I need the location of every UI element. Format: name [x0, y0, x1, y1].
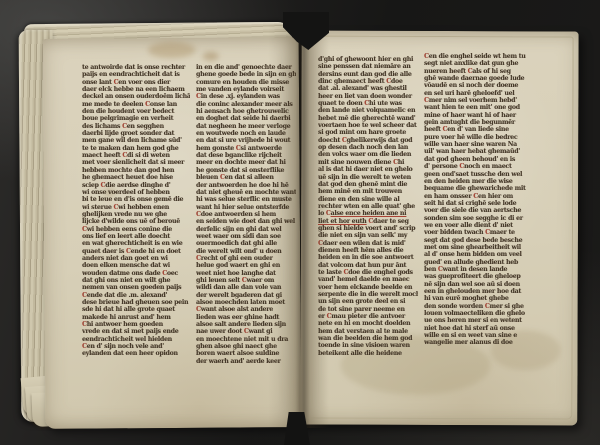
text-run: doe die enghel gods — [348, 269, 413, 276]
text-run: ghene goede bede in sijn en ghe — [196, 71, 296, 78]
text-run: nete en hi en mocht doelden — [318, 320, 410, 327]
text-run: ons lief en leert alle doecht — [82, 233, 170, 240]
text-run: dat .al. alexand' was ghestil — [318, 85, 407, 92]
text-line: beteikent alle die heidene — [318, 350, 418, 357]
text-line: wille en si en weet van sine e — [424, 332, 526, 339]
text-line: wille van haer sine waren Na — [424, 141, 526, 148]
text-line: Cdoe antwoerden si hem — [196, 211, 296, 218]
text-run: daer een wilen dat is mid' — [323, 240, 406, 247]
text-line: wildi dan alle dan vole van — [196, 284, 296, 291]
text-run: men gane wil den lichame sūd' — [82, 137, 182, 144]
text-run: waer om — [246, 277, 274, 284]
text-line: Chi antwoer hem goeden — [82, 321, 190, 328]
text-run: hi aensach hoe ghetrouwelic — [196, 108, 289, 115]
text-line: en moechtene niet mit u dra — [196, 336, 296, 343]
text-run: den die houdent voer bedect — [82, 108, 174, 115]
text-run: quaet daer is — [82, 248, 126, 255]
left-page-text-column-1: te antwoirde dat is onse rechterpaijs en… — [82, 64, 190, 358]
parchment-stain — [203, 52, 219, 61]
text-line: he gonste dat si onsterflike — [196, 167, 296, 174]
text-line: dat god gheen behoud' en is — [424, 156, 526, 163]
text-line: lo Calse ence heiden ane ni — [318, 210, 418, 217]
text-run: helue god waert en ghi en — [196, 262, 280, 269]
text-line: nueren heeft Cals of hi seg — [424, 68, 526, 75]
text-run: doe — [391, 78, 403, 85]
text-line: paijs en eendrachticheit dat is — [82, 71, 190, 78]
text-run: dienen heeft hēm alles die — [318, 247, 403, 254]
text-run: en voer ons dier — [118, 79, 170, 86]
text-run: boue pelgrimagie en verheit — [82, 115, 173, 122]
text-run: heer en liet van doen wonder — [318, 93, 412, 100]
text-run: segt dat god dese bede besche — [424, 237, 522, 244]
text-run: den lande niet volquamelic en — [318, 107, 415, 114]
text-line: alsoe salt andere lieden sijn — [196, 321, 296, 328]
text-line: want hi hier selue ontsterfde — [196, 204, 296, 211]
text-line: heiden en in die soe antwoert — [318, 254, 418, 261]
text-run: en dat si ure vrijhede bi wout — [196, 137, 290, 144]
text-line: ghen si hielde voert and' scrip — [318, 225, 418, 232]
text-line: nemen van onsen goeden paijs — [82, 284, 190, 291]
text-line: dat dese bganclike rijcheit — [196, 152, 296, 159]
text-run: d'ghi of ghewoont hier en ghi — [318, 56, 413, 63]
text-run: heiden en in die soe antwoert — [318, 254, 413, 261]
text-run: si god mint om hare groete — [318, 129, 406, 136]
text-run: niet hoe dat hi sterf aū onse — [424, 325, 515, 332]
text-run: der werelt bgaderen dat gi — [196, 292, 282, 299]
text-run: hebet mē die gherechtē wand' — [318, 115, 415, 122]
text-run: maect heeft — [82, 152, 122, 159]
text-run: onse lant — [82, 79, 114, 86]
text-run: en moechtene niet mit u dra — [196, 336, 288, 343]
text-run: bequame die ghewarichede mit — [424, 185, 526, 192]
text-line: den volcs waer om die lieden — [318, 151, 418, 158]
text-line: in en die and' genoechte daer — [196, 64, 296, 71]
text-run: dinc ghemaect heeft — [318, 78, 386, 85]
text-run: lijcke d'wilde ons uē of berouē — [82, 218, 180, 225]
text-line: Cwi hebben eens conīne die — [82, 226, 190, 233]
text-line: men gane wil den lichame sūd' — [82, 137, 190, 144]
text-line: d'ghi of ghewoont hier en ghi — [318, 56, 418, 63]
text-run: al is dat hi daer niet en ghelo — [318, 166, 412, 173]
text-line: we en voer alle dient d' niet — [424, 222, 526, 229]
text-line: en seiden wie doet dan ghi wel — [196, 218, 296, 225]
text-run: nē sijn dan wel soe aū si doen — [424, 281, 520, 288]
text-line: en sel uri harē gheloefd' uel — [424, 90, 526, 97]
text-run: mine of haer want hi of haer — [424, 112, 516, 119]
text-run: doe antwoerden si hem — [201, 211, 276, 218]
rubric-mark: alse ence heiden ane ni — [331, 210, 407, 217]
text-run: voer bidden twach — [424, 229, 485, 236]
text-run: uē sijn in die werelt te weten — [318, 174, 411, 181]
text-run: mit sine nouwen diene — [318, 159, 393, 166]
text-line: des lichams Cen segghen — [82, 123, 190, 130]
text-run: eylanden dat een heer opidon — [82, 350, 178, 357]
rubric-mark: liet et hor euth — [318, 218, 366, 225]
text-line: comure en houden die misse — [196, 79, 296, 86]
text-run: hem dat verstaen al te male — [318, 328, 408, 335]
text-run: dat god gheen behoud' en is — [424, 156, 515, 163]
text-run: en d' van liede sine — [447, 126, 509, 133]
text-run: en sel uri harē gheloefd' uel — [424, 90, 514, 97]
text-line: liet et hor euth Cdaer te seg — [318, 218, 418, 225]
text-line: dese brieue had gheuen soe pein — [82, 299, 190, 306]
text-line: rechter wten en alle quat' ghe — [318, 203, 418, 210]
text-line: mit sine nouwen diene Chi — [318, 159, 418, 166]
text-line: Cmer nim sel voerhem hebd' — [424, 97, 526, 104]
text-line: vand' hemel daelde en maec — [318, 276, 418, 283]
text-run: ghen si hielde voert and' scrip — [318, 225, 415, 232]
text-line: en wat gherechticheit is en wie — [82, 240, 190, 247]
text-run: bi te leue en d'is onse gemē die — [82, 196, 183, 203]
text-run: diene en den sine wille al — [318, 196, 399, 203]
text-run: wildi dan alle dan vole van — [196, 284, 281, 291]
text-line: diene en den sine wille al — [318, 196, 418, 203]
text-line: Cin dese .xj. eylanden was — [196, 93, 296, 100]
text-run: te te maken dan hem god ghe — [82, 145, 178, 152]
text-run: er — [318, 313, 327, 320]
text-line: eylanden dat een heer opidon — [82, 350, 190, 357]
text-line: sonden sim soe segghe ic di er — [424, 215, 526, 222]
text-line: dinc ghemaect heeft Cdoe — [318, 78, 418, 85]
text-run: want in desen lande — [443, 266, 508, 273]
text-line: daer elck hebbe na een lichaem — [82, 86, 190, 93]
text-line: voer bidden twach Cmaer te — [424, 229, 526, 236]
text-run: en woutwede noch en laude — [196, 130, 286, 137]
text-line: en woutwede noch en laude — [196, 130, 296, 137]
text-run: rechter wten en alle quat' ghe — [318, 203, 415, 210]
text-run: si antwoerde — [240, 145, 281, 152]
text-run: wille en si en weet van sine e — [424, 332, 517, 339]
text-run: hi was selue sterflic en muste — [196, 196, 292, 203]
text-line: serpente die in die werelt moch — [318, 291, 418, 298]
text-line: derfelic sijn en ghi dat wel — [196, 226, 296, 233]
text-line: bi te leue en d'is onse gemē die — [82, 196, 190, 203]
text-run: noch en maect — [464, 163, 512, 170]
text-line: die niet en sijn van selk' my — [318, 232, 418, 239]
text-line: der antwoerden he doe hi hē — [196, 182, 296, 189]
text-run: der waerh and' aerde keer — [196, 358, 281, 365]
text-line: wi sterue Cwi hebben enen — [82, 204, 190, 211]
text-run: wi onse voerdeel of hebben — [82, 189, 170, 196]
text-run: gued' en allude ghedient heb — [424, 259, 518, 266]
text-line: te laste Cdoe die enghel gods — [318, 269, 418, 276]
text-line: mine of haer want hi of haer — [424, 112, 526, 119]
text-line: geen ond'saet tussche den wel — [424, 171, 526, 178]
text-line: en ham onsser Cen hier om — [424, 193, 526, 200]
text-run: deckel an onsen ouderdoēm lichā — [82, 93, 190, 100]
text-run: oec — [167, 270, 178, 277]
text-line: al is dat hi daer niet en ghelo — [318, 166, 418, 173]
text-run: mer nim sel voerhem hebd' — [429, 97, 517, 104]
text-line: wangelie mer alanus di doe — [424, 339, 526, 346]
text-run: recht of ghi een ouder — [201, 255, 273, 262]
text-line: maect heeft Cdi si di weten — [82, 152, 190, 159]
text-run: anders niet dan goet en wi — [82, 255, 168, 262]
text-run: di si di weten — [127, 152, 170, 159]
text-run: als of hi seg — [472, 68, 510, 75]
text-run: te antwoirde dat is onse rechter — [82, 64, 185, 71]
text-line: de tot sine parer neeme en — [318, 306, 418, 313]
text-line: dat volcom dat hun pur ānt — [318, 262, 418, 269]
text-run: voertaen hoe te wel scheer dat — [318, 122, 417, 129]
text-line: hebet mē die gherechtē wand' — [318, 115, 418, 122]
text-run: ben — [424, 266, 438, 273]
text-line: dat ghi ons niet en wilt ghe — [82, 277, 190, 284]
text-line: want hien te een mit' one god — [424, 104, 526, 111]
text-line: en den heiden mer die wise — [424, 178, 526, 185]
text-run: ghen alsoe ghi naect ghe — [196, 343, 277, 350]
text-line: uē sijn in die werelt te weten — [318, 174, 418, 181]
text-run: gein amtught die begunmēr — [424, 119, 515, 126]
text-run: nueren heeft — [424, 68, 468, 75]
text-run: segt niet anxlike dat gun ghe — [424, 60, 518, 67]
text-line: nae uwer doot Cwant gi — [196, 328, 296, 335]
text-run: daer te seg — [373, 218, 409, 225]
text-run: op desen dach noch den lan — [318, 144, 408, 151]
text-line: quaet te doen Chi ute was — [318, 100, 418, 107]
text-run: derfelic sijn en ghi dat wel — [196, 226, 281, 233]
text-run: eendrachticheit wel hielden — [82, 336, 172, 343]
text-run: voer hem elckande beelde en — [318, 284, 412, 291]
text-line: der werelt bgaderen dat gi — [196, 292, 296, 299]
text-line: weet waer om sidi dan soe — [196, 233, 296, 240]
text-run: want hien te een mit' one god — [424, 104, 520, 111]
text-run: quaet te doen — [318, 100, 364, 107]
text-run: want hi hier selue ontsterfde — [196, 204, 289, 211]
text-run: heeft — [424, 126, 443, 133]
text-run: mau pieter die antvoer — [331, 313, 405, 320]
text-run: in en die and' genoechte daer — [196, 64, 292, 71]
text-run: geen ond'saet tussche den wel — [424, 171, 522, 178]
text-line: hi was selue sterflic en muste — [196, 196, 296, 203]
text-run: mer si ghe — [490, 303, 524, 310]
text-run: sciep — [82, 182, 101, 189]
text-line: wouden datme ons dade Coec — [82, 270, 190, 277]
text-run: maer te — [490, 229, 515, 236]
text-line: die werelt wilt ond' u doen — [196, 248, 296, 255]
text-run: in dese .xj. eylanden was — [201, 93, 280, 100]
text-run: toende in sine visioen waren — [318, 342, 410, 349]
text-line: boue pelgrimagie en verheit — [82, 115, 190, 122]
text-run: al d' onse hem bidden om veel — [424, 251, 522, 258]
text-run: dat ghi ons niet en wilt ghe — [82, 277, 170, 284]
text-run: dat god den ghenē mint die — [318, 181, 407, 188]
text-line: voer die siele die van aertsche — [424, 207, 526, 214]
text-line: Cwant alsoe alst andere — [196, 306, 296, 313]
text-line: heeft Cen d' van liede sine — [424, 126, 526, 133]
left-page-text-column-2: in en die and' genoechte daerghene goede… — [196, 64, 296, 365]
text-run: alsoe moechden laten moet — [196, 299, 285, 306]
text-run: ghē wande daernae goede lude — [424, 75, 524, 82]
text-line: daerbi lijde groet sonder dat — [82, 130, 190, 137]
text-run: en hier om — [478, 193, 513, 200]
text-line: hebben mochte dan god hen — [82, 167, 190, 174]
text-run: want gi — [249, 328, 273, 335]
text-line: heer en liet van doen wonder — [318, 93, 418, 100]
text-run: den volcs waer om die lieden — [318, 151, 411, 158]
text-line: si god mint om hare groete — [318, 129, 418, 136]
text-line: doecht Cghelikerwijs dat god — [318, 137, 418, 144]
text-run: me vanden eylande voirseit — [196, 86, 284, 93]
text-run: weet waer om sidi dan soe — [196, 233, 281, 240]
text-run: die niet en sijn van selk' my — [318, 232, 407, 239]
text-line: Cdaer een wilen dat is mid' — [318, 240, 418, 247]
text-line: hem minē en mit trouwen — [318, 188, 418, 195]
text-line: wi onse voerdeel of hebben — [82, 189, 190, 196]
text-run: wi hebben eens conīne die — [87, 226, 172, 233]
text-line: nē sijn dan wel soe aū si doen — [424, 281, 526, 288]
text-line: onse lant Cen voer ons dier — [82, 79, 190, 86]
text-run: en seiden wie doet dan ghi wel — [196, 218, 295, 225]
text-line: anders niet dan goet en wi — [82, 255, 190, 262]
text-line: een in ghelouden mer hoe dat — [424, 288, 526, 295]
text-run: en segghen — [127, 123, 164, 130]
text-run: een in ghelouden mer hoe dat — [424, 288, 521, 295]
text-line: Cende dat die .m. alexand' — [82, 292, 190, 299]
text-line: toende in sine visioen waren — [318, 342, 418, 349]
text-line: ghi leuen selt Cwaer om — [196, 277, 296, 284]
text-line: vrede en dat si met paijs ende — [82, 328, 190, 335]
text-line: op desen dach noch den lan — [318, 144, 418, 151]
text-run: en d' sijn noch vele and' — [87, 343, 164, 350]
text-line: seit hi dat si crighē sele lode — [424, 200, 526, 207]
text-line: en doghet dat seide hi daerbi — [196, 115, 296, 122]
text-line: dat niet gheuē en mochte want — [196, 189, 296, 196]
text-run: he ghemaect heuet doe hise — [82, 174, 173, 181]
text-line: ue ons heren mer si en wetent — [424, 317, 526, 324]
text-line: dersins eunt dan god die alle — [318, 71, 418, 78]
text-line: dat god den ghenē mint die — [318, 181, 418, 188]
text-run: hi — [398, 159, 404, 166]
text-run: lo — [318, 210, 326, 217]
text-line: he ghemaect heuet doe hise — [82, 174, 190, 181]
text-line: ben Cwant in desen lande — [424, 266, 526, 273]
text-line: Cen die enghel seide wt hem tu — [424, 53, 526, 60]
text-line: niet hoe dat hi sterf aū onse — [424, 325, 526, 332]
text-line: met om sine ghearbeitheit wil — [424, 244, 526, 251]
text-run: uil' wan haer hebat ghemaūd' — [424, 148, 520, 155]
text-run: dat niet gheuē en mochte want — [196, 189, 296, 196]
text-run: hi antwoer hem goeden — [87, 321, 163, 328]
text-run: wan die beelden die hem god — [318, 335, 412, 342]
text-run: pure voer hē wille die bedrec — [424, 134, 517, 141]
text-line: wan die beelden die hem god — [318, 335, 418, 342]
text-line: die coninc alexander meer als — [196, 101, 296, 108]
text-line: nete en hi en mocht doelden — [318, 320, 418, 327]
text-run: hi van eurē moghet ghebe — [424, 295, 509, 302]
text-run: weet niet hoe langhe dat — [196, 270, 276, 277]
text-run: serpente die in die werelt moch — [318, 291, 418, 298]
text-run: beteikent alle die heidene — [318, 350, 402, 357]
text-line: te antwoirde dat is onse rechter — [82, 64, 190, 71]
text-line: er Cmau pieter die antvoer — [318, 313, 418, 320]
text-line: weet niet hoe langhe dat — [196, 270, 296, 277]
text-line: sciep Cdie aerdse dinghe d' — [82, 182, 190, 189]
text-run: he gonste dat si onsterflike — [196, 167, 284, 174]
text-line: sine penssen dat niemāre an — [318, 63, 418, 70]
text-line: dat .al. alexand' was ghestil — [318, 85, 418, 92]
text-line: ons lief en leert alle doecht — [82, 233, 190, 240]
text-line: Cen d' sijn noch vele and' — [82, 343, 190, 350]
text-line: dienen heeft hēm alles die — [318, 247, 418, 254]
text-line: den lande niet volquamelic en — [318, 107, 418, 114]
text-run: we en voer alle dient d' niet — [424, 222, 513, 229]
text-run: wangelie mer alanus di doe — [424, 339, 513, 346]
text-run: onse lan — [150, 101, 177, 108]
text-run: hem gonste — [196, 145, 236, 152]
text-run: sonden sim soe segghe ic di er — [424, 215, 523, 222]
text-run: ouermoedich dat ghi alle — [196, 240, 277, 247]
text-line: te te maken dan hem god ghe — [82, 145, 190, 152]
text-run: meer en dochte meer dat hi — [196, 159, 286, 166]
text-line: voertaen hoe te wel scheer dat — [318, 122, 418, 129]
text-run: sine penssen dat niemāre an — [318, 63, 411, 70]
text-run: wouden datme ons dade — [82, 270, 162, 277]
text-line: der waerh and' aerde keer — [196, 358, 296, 365]
text-run: doen elken mensche dat wi — [82, 262, 170, 269]
text-run: makede hi anrust and' hem — [82, 314, 171, 321]
text-line: sde hi dat hi alle grote quaet — [82, 306, 190, 313]
text-run: lieden was eer ghine hadt — [196, 314, 279, 321]
text-run: voer die siele die van aertsche — [424, 207, 521, 214]
text-run: met om sine ghearbeitheit wil — [424, 244, 521, 251]
text-run: comure en houden die misse — [196, 79, 289, 86]
text-run: boren waert alsoe suldine — [196, 350, 279, 357]
text-run: te laste — [318, 269, 344, 276]
text-line: hi aensach hoe ghetrouwelic — [196, 108, 296, 115]
parchment-stain — [148, 42, 196, 58]
text-run: en den heiden mer die wise — [424, 178, 512, 185]
text-run: un sijn een grote deel en si — [318, 298, 405, 305]
text-run: ende dat die .m. alexand' — [87, 292, 167, 299]
text-run: en doghet dat seide hi daerbi — [196, 115, 290, 122]
text-line: ghelijken vrede nu we ghe — [82, 211, 190, 218]
text-line: me vanden eylande voirseit — [196, 86, 296, 93]
text-run: wi sterue — [82, 204, 113, 211]
text-line: makede hi anrust and' hem — [82, 314, 190, 321]
text-line: pure voer hē wille die bedrec — [424, 134, 526, 141]
text-run: wille van haer sine waren Na — [424, 141, 517, 148]
text-run: den sonde worden — [424, 303, 485, 310]
text-run: die aerdse dinghe d' — [105, 182, 170, 189]
text-run: en ham onsser — [424, 193, 473, 200]
text-line: Crecht of ghi een ouder — [196, 255, 296, 262]
text-run: paijs en eendrachticheit dat is — [82, 71, 180, 78]
text-run: met voer sienlicheit dat si meer — [82, 159, 184, 166]
text-line: d' persone Cnoch en maect — [424, 163, 526, 170]
text-line: louen volmaecteliken die ghelo — [424, 310, 526, 317]
text-line: met voer sienlicheit dat si meer — [82, 159, 190, 166]
text-line: eendrachticheit wel hielden — [82, 336, 190, 343]
text-run: d' persone — [424, 163, 459, 170]
text-run: hem minē en mit trouwen — [318, 188, 402, 195]
text-run: bleuen — [196, 174, 220, 181]
text-line: me mede te deelen Conse lan — [82, 101, 190, 108]
text-run: des lichams — [82, 123, 122, 130]
text-run: ende hi en doet — [131, 248, 181, 255]
text-line: quaet daer is Cende hi en doet — [82, 248, 190, 255]
text-line: boren waert alsoe suldine — [196, 350, 296, 357]
text-run: en dat si alleen — [225, 174, 274, 181]
text-line: meer en dochte meer dat hi — [196, 159, 296, 166]
manuscript-photo: te antwoirde dat is onse rechterpaijs en… — [0, 0, 600, 445]
text-line: helue god waert en ghi en — [196, 262, 296, 269]
text-run: hebben mochte dan god hen — [82, 167, 174, 174]
text-line: ghen alsoe ghi naect ghe — [196, 343, 296, 350]
text-run: der antwoerden he doe hi hē — [196, 182, 288, 189]
text-run: want alsoe alst andere — [201, 306, 273, 313]
text-run: was gueprofiteert die gheloep — [424, 273, 520, 280]
